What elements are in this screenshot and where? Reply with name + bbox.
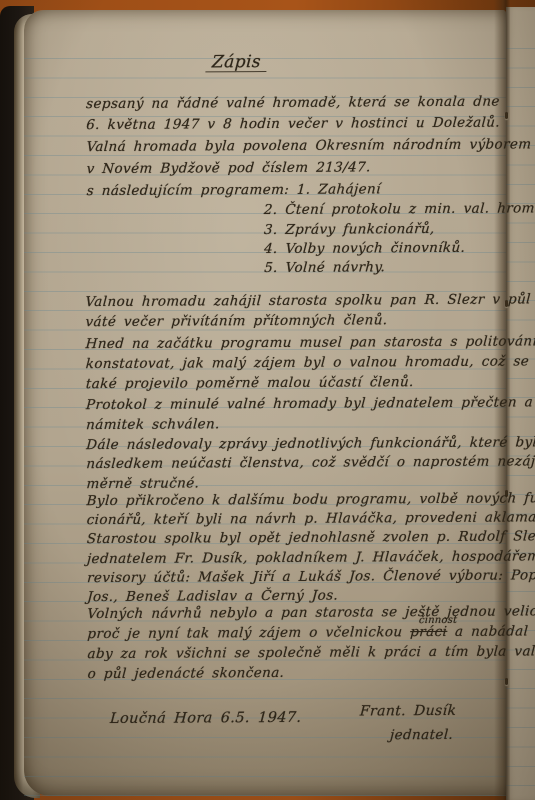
notebook-page xyxy=(24,10,506,796)
facing-page xyxy=(506,7,535,800)
stitch-mark xyxy=(505,678,508,685)
ruled-lines xyxy=(506,48,535,800)
ruled-lines xyxy=(24,58,506,796)
notebook-photo: Zápis sepsaný na řádné valné hromadě, kt… xyxy=(0,0,535,800)
stitch-mark xyxy=(505,490,508,497)
stitch-mark xyxy=(505,112,508,119)
stitch-mark xyxy=(505,300,508,307)
